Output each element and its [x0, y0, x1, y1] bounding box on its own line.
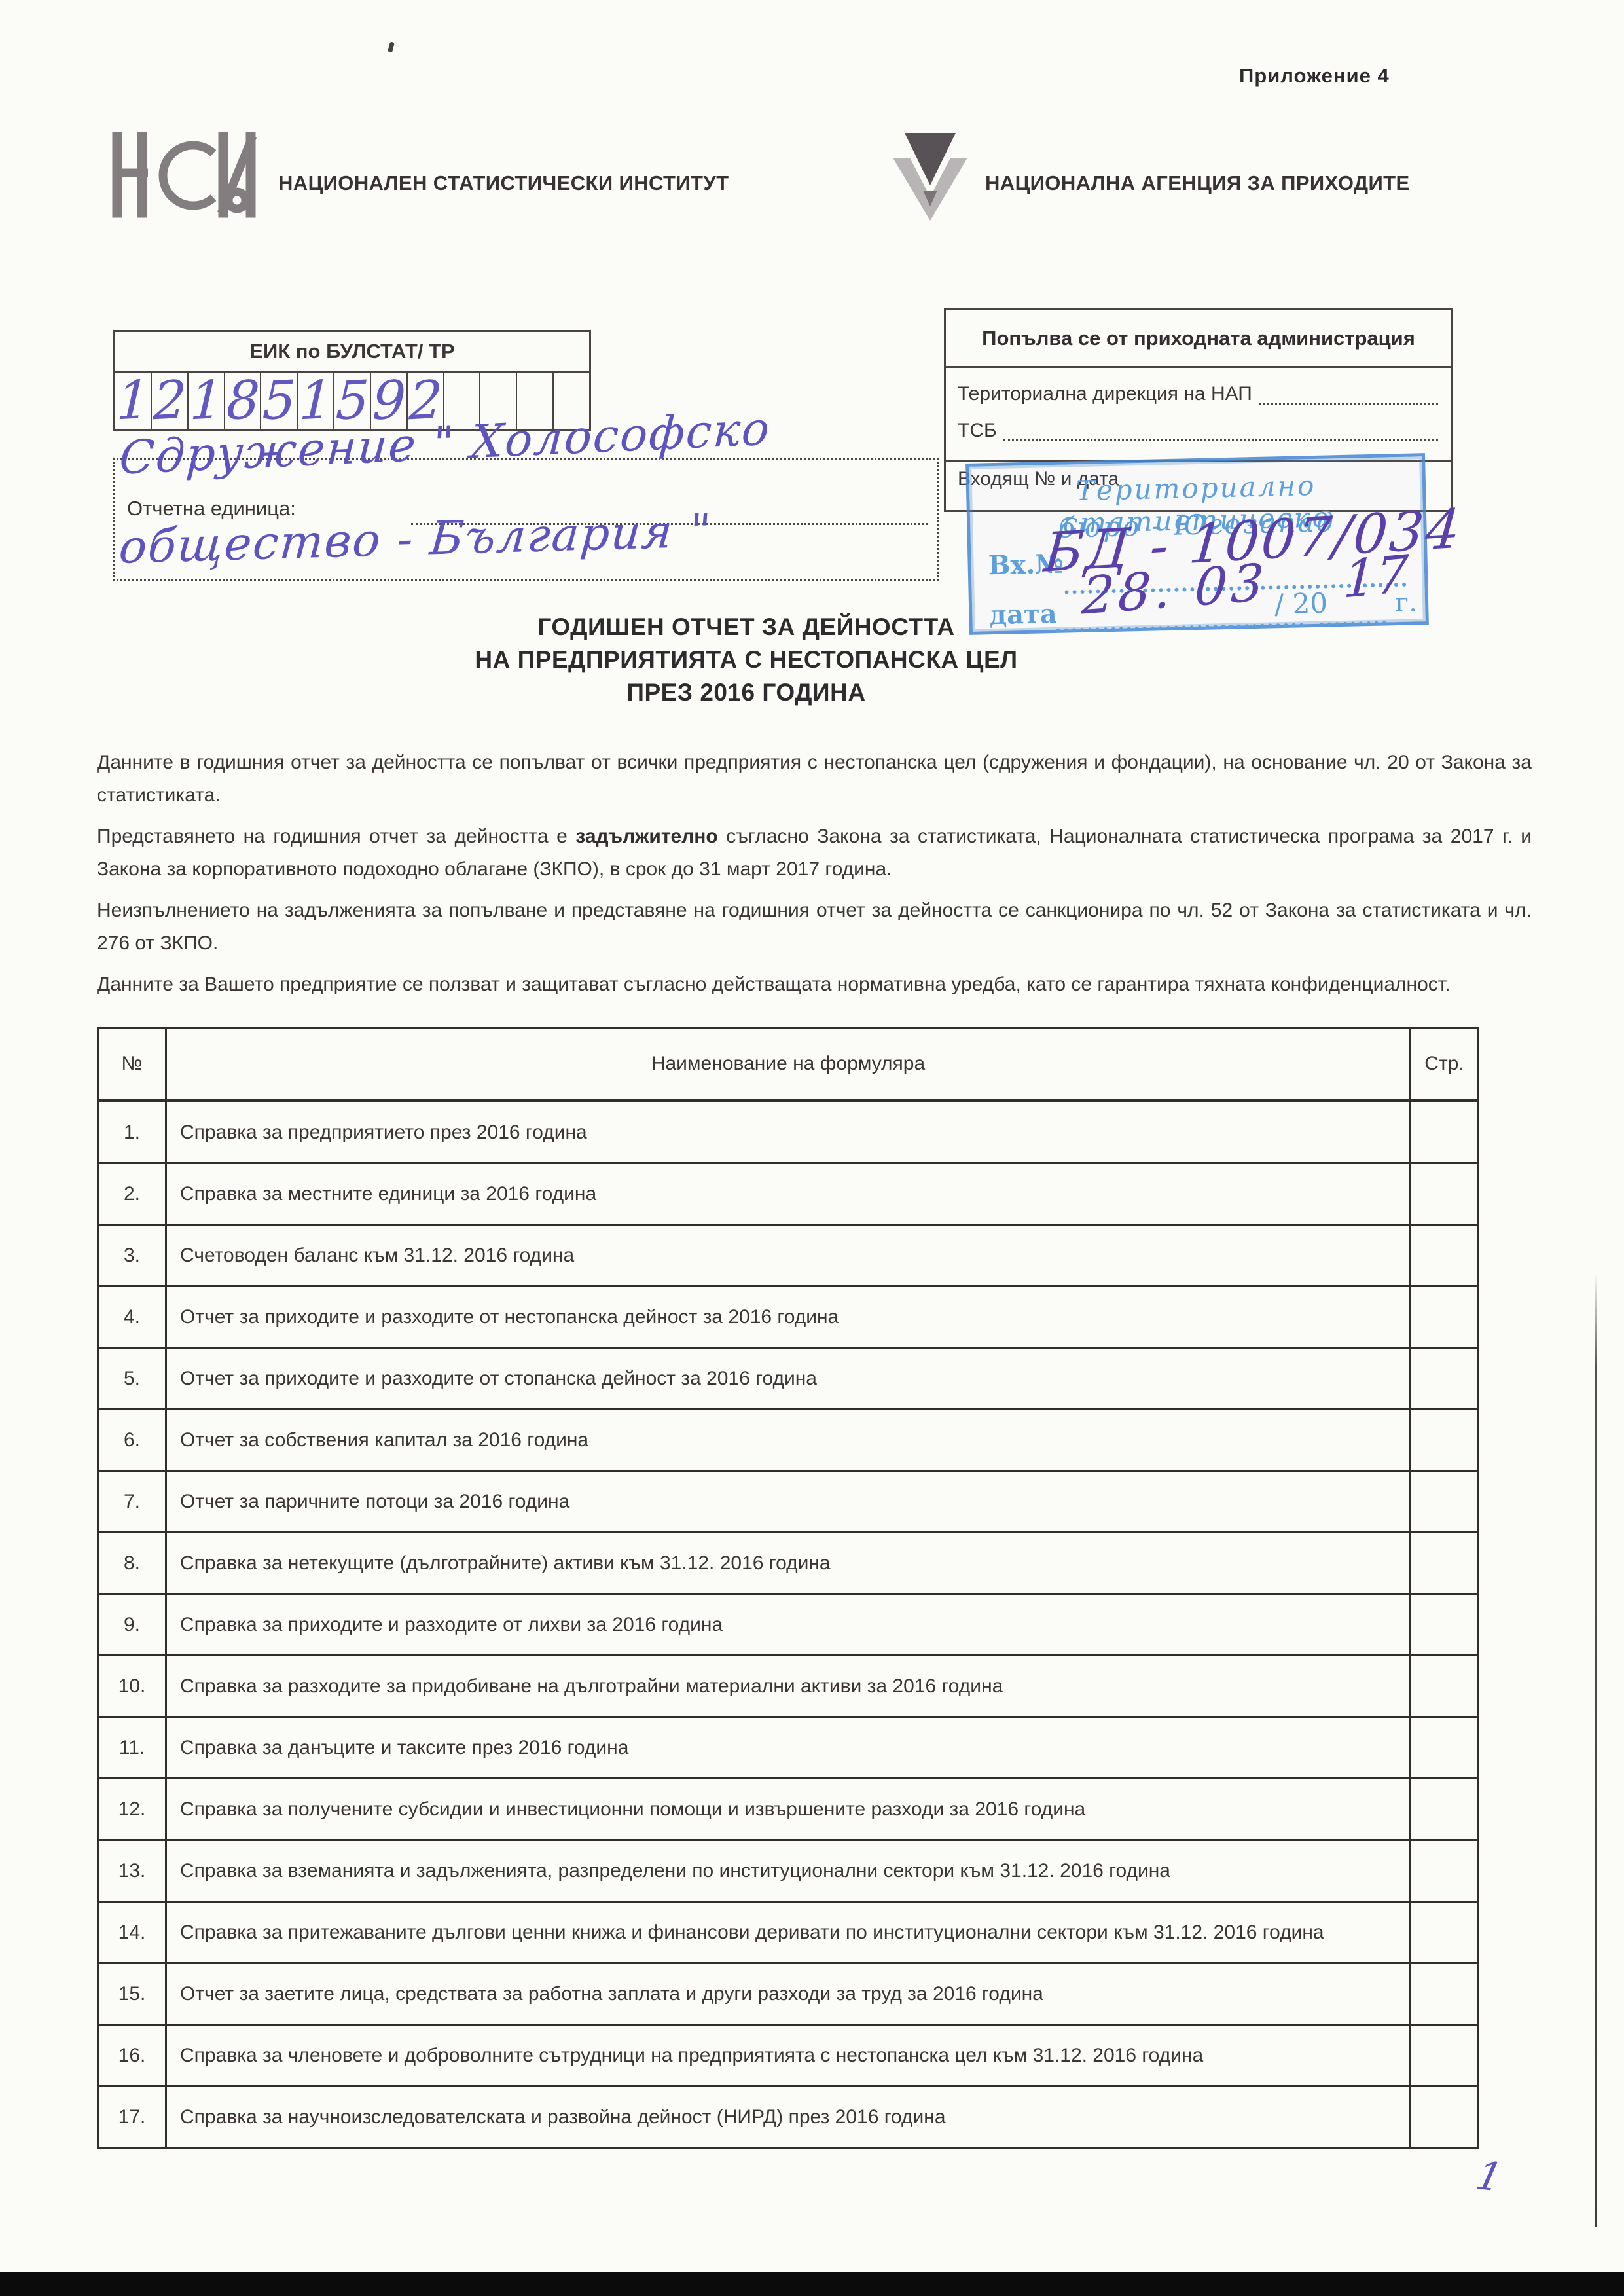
- nap-logo-icon: [889, 133, 971, 221]
- td-nap-label: Териториална дирекция на НАП: [958, 376, 1252, 412]
- row-number: 3.: [98, 1225, 166, 1286]
- column-header-number: №: [98, 1028, 166, 1101]
- title-line2: НА ПРЕДПРИЯТИЯТА С НЕСТОПАНСКА ЦЕЛ: [39, 644, 1453, 676]
- row-page-cell: [1411, 1902, 1479, 1963]
- column-header-form-name: Наименование на формуляра: [166, 1028, 1411, 1101]
- row-number: 13.: [98, 1840, 166, 1902]
- eik-cell: 5: [261, 373, 298, 429]
- intro-paragraph-2: Представянето на годишния отчет за дейно…: [97, 820, 1532, 886]
- row-form-name: Отчет за приходите и разходите от стопан…: [166, 1348, 1411, 1410]
- row-page-cell: [1411, 1533, 1479, 1594]
- row-number: 15.: [98, 1963, 166, 2025]
- document-title: ГОДИШЕН ОТЧЕТ ЗА ДЕЙНОСТТА НА ПРЕДПРИЯТИ…: [39, 611, 1453, 709]
- row-page-cell: [1411, 1101, 1479, 1163]
- eik-label: ЕИК по БУЛСТАТ/ ТР: [115, 332, 589, 373]
- title-line3: ПРЕЗ 2016 ГОДИНА: [39, 676, 1453, 709]
- eik-digit-handwriting: 1: [115, 369, 151, 433]
- row-form-name: Отчет за паричните потоци за 2016 година: [166, 1471, 1411, 1533]
- intro-paragraph-3: Неизпълнението на задълженията за попълв…: [97, 894, 1532, 960]
- row-form-name: Справка за научноизследователската и раз…: [166, 2086, 1411, 2148]
- row-form-name: Справка за местните единици за 2016 годи…: [166, 1163, 1411, 1225]
- table-row: 16.Справка за членовете и доброволните с…: [98, 2025, 1479, 2086]
- table-row: 13.Справка за вземанията и задълженията,…: [98, 1840, 1479, 1902]
- scan-speck: [388, 41, 395, 52]
- table-row: 6.Отчет за собствения капитал за 2016 го…: [98, 1410, 1479, 1471]
- row-page-cell: [1411, 1286, 1479, 1348]
- eik-digit-handwriting: 1: [189, 369, 224, 433]
- row-form-name: Справка за предприятието през 2016 годин…: [166, 1101, 1411, 1163]
- row-form-name: Отчет за приходите и разходите от нестоп…: [166, 1286, 1411, 1348]
- table-row: 5.Отчет за приходите и разходите от стоп…: [98, 1348, 1479, 1410]
- row-number: 1.: [98, 1101, 166, 1163]
- table-header-row: № Наименование на формуляра Стр.: [98, 1028, 1479, 1101]
- row-page-cell: [1411, 1410, 1479, 1471]
- row-form-name: Счетоводен баланс към 31.12. 2016 година: [166, 1225, 1411, 1286]
- intro-p2-bold: задължително: [575, 826, 717, 847]
- row-page-cell: [1411, 1779, 1479, 1840]
- row-number: 9.: [98, 1594, 166, 1656]
- row-form-name: Справка за разходите за придобиване на д…: [166, 1656, 1411, 1717]
- table-row: 12.Справка за получените субсидии и инве…: [98, 1779, 1479, 1840]
- handwritten-page-number: 1: [1471, 2153, 1507, 2200]
- row-number: 11.: [98, 1717, 166, 1779]
- row-page-cell: [1411, 1963, 1479, 2025]
- table-row: 7.Отчет за паричните потоци за 2016 годи…: [98, 1471, 1479, 1533]
- nap-name: НАЦИОНАЛНА АГЕНЦИЯ ЗА ПРИХОДИТЕ: [985, 172, 1410, 195]
- row-number: 2.: [98, 1163, 166, 1225]
- row-page-cell: [1411, 1225, 1479, 1286]
- revenue-admin-header: Попълва се от приходната администрация: [946, 310, 1451, 368]
- row-form-name: Отчет за заетите лица, средствата за раб…: [166, 1963, 1411, 2025]
- table-row: 10.Справка за разходите за придобиване н…: [98, 1656, 1479, 1717]
- annex-label: Приложение 4: [1239, 64, 1396, 88]
- row-form-name: Справка за нетекущите (дълготрайните) ак…: [166, 1533, 1411, 1594]
- table-row: 1.Справка за предприятието през 2016 год…: [98, 1101, 1479, 1163]
- row-page-cell: [1411, 2025, 1479, 2086]
- intro-p2-before: Представянето на годишния отчет за дейно…: [97, 826, 575, 847]
- eik-cell: 2: [152, 373, 189, 429]
- revenue-admin-fields: Териториална дирекция на НАП ТСБ: [946, 368, 1451, 462]
- table-row: 17.Справка за научноизследователската и …: [98, 2086, 1479, 2148]
- row-form-name: Справка за притежаваните дългови ценни к…: [166, 1902, 1411, 1963]
- table-row: 14.Справка за притежаваните дългови ценн…: [98, 1902, 1479, 1963]
- row-page-cell: [1411, 1594, 1479, 1656]
- eik-cell: 8: [225, 373, 262, 429]
- row-page-cell: [1411, 1163, 1479, 1225]
- title-line1: ГОДИШЕН ОТЧЕТ ЗА ДЕЙНОСТТА: [39, 611, 1453, 644]
- table-row: 8.Справка за нетекущите (дълготрайните) …: [98, 1533, 1479, 1594]
- intro-paragraph-1: Данните в годишния отчет за дейността се…: [97, 746, 1532, 812]
- row-form-name: Справка за членовете и доброволните сътр…: [166, 2025, 1411, 2086]
- row-number: 6.: [98, 1410, 166, 1471]
- forms-table: № Наименование на формуляра Стр. 1.Справ…: [97, 1027, 1479, 2149]
- dotted-leader: [1259, 383, 1438, 405]
- row-page-cell: [1411, 2086, 1479, 2148]
- eik-cell: 1: [189, 373, 225, 429]
- row-page-cell: [1411, 1471, 1479, 1533]
- row-page-cell: [1411, 1717, 1479, 1779]
- td-nap-row: Териториална дирекция на НАП: [958, 376, 1439, 412]
- table-row: 2.Справка за местните единици за 2016 го…: [98, 1163, 1479, 1225]
- dotted-leader: [1003, 420, 1438, 441]
- row-form-name: Отчет за собствения капитал за 2016 годи…: [166, 1410, 1411, 1471]
- row-number: 5.: [98, 1348, 166, 1410]
- row-form-name: Справка за приходите и разходите от лихв…: [166, 1594, 1411, 1656]
- tsb-label: ТСБ: [958, 412, 997, 449]
- intro-paragraphs: Данните в годишния отчет за дейността се…: [97, 746, 1532, 1010]
- row-number: 8.: [98, 1533, 166, 1594]
- row-number: 17.: [98, 2086, 166, 2148]
- row-form-name: Справка за вземанията и задълженията, ра…: [166, 1840, 1411, 1902]
- table-row: 15.Отчет за заетите лица, средствата за …: [98, 1963, 1479, 2025]
- eik-digit-handwriting: 2: [152, 369, 187, 433]
- row-number: 14.: [98, 1902, 166, 1963]
- column-header-page: Стр.: [1411, 1028, 1479, 1101]
- table-row: 11.Справка за данъците и таксите през 20…: [98, 1717, 1479, 1779]
- row-number: 7.: [98, 1471, 166, 1533]
- nsi-name: НАЦИОНАЛЕН СТАТИСТИЧЕСКИ ИНСТИТУТ: [278, 172, 729, 195]
- row-number: 10.: [98, 1656, 166, 1717]
- table-row: 9.Справка за приходите и разходите от ли…: [98, 1594, 1479, 1656]
- tsb-row: ТСБ: [958, 412, 1439, 449]
- row-number: 12.: [98, 1779, 166, 1840]
- row-page-cell: [1411, 1348, 1479, 1410]
- table-row: 3.Счетоводен баланс към 31.12. 2016 годи…: [98, 1225, 1479, 1286]
- row-page-cell: [1411, 1840, 1479, 1902]
- eik-digit-handwriting: 8: [225, 369, 261, 433]
- intro-paragraph-4: Данните за Вашето предприятие се ползват…: [97, 968, 1532, 1001]
- scan-edge-bar: [0, 2272, 1624, 2296]
- row-form-name: Справка за получените субсидии и инвести…: [166, 1779, 1411, 1840]
- row-number: 16.: [98, 2025, 166, 2086]
- table-row: 4.Отчет за приходите и разходите от нест…: [98, 1286, 1479, 1348]
- forms-table-body: 1.Справка за предприятието през 2016 год…: [98, 1101, 1479, 2148]
- row-form-name: Справка за данъците и таксите през 2016 …: [166, 1717, 1411, 1779]
- row-page-cell: [1411, 1656, 1479, 1717]
- eik-cell: 1: [115, 373, 152, 429]
- scan-artifact-line: [1595, 1273, 1597, 2227]
- nsi-logo-icon: [111, 130, 261, 220]
- statistics-bureau-stamp: Териториално статистическо бюро - Югозап…: [965, 453, 1429, 635]
- row-number: 4.: [98, 1286, 166, 1348]
